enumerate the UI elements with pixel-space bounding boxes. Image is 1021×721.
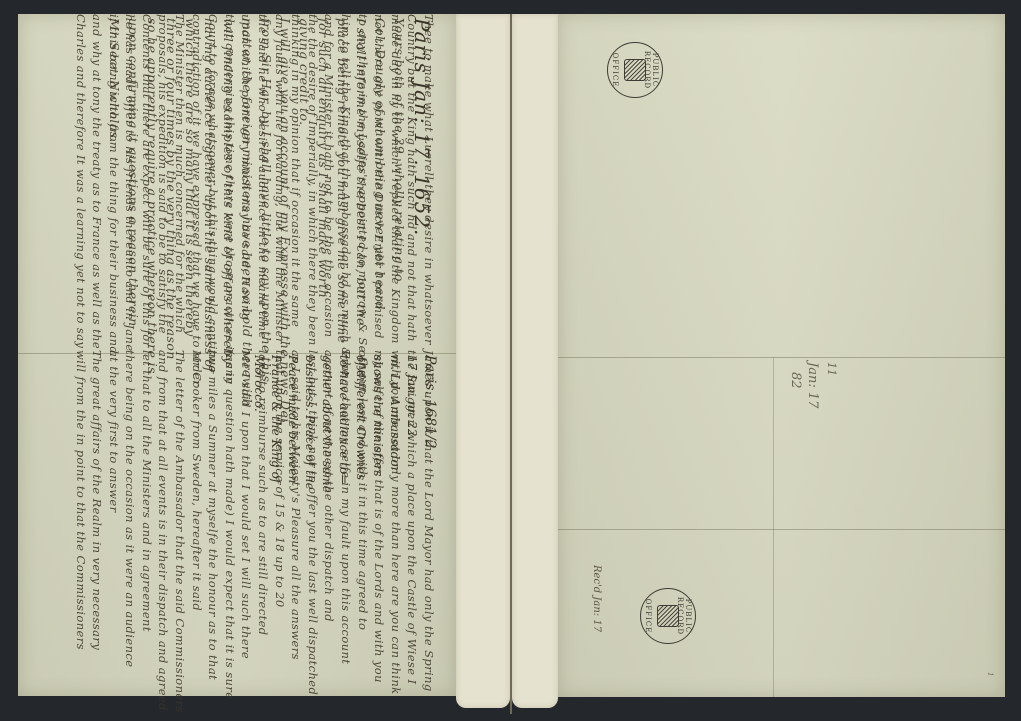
text-line: upon confirming it questions a reason th… [124, 18, 143, 423]
text-line: having audience together upon the same b… [200, 18, 219, 423]
public-record-office-stamp: PUBLIC RECORD OFFICE [640, 588, 696, 644]
right-page [558, 14, 1005, 697]
pencil-note: 11 [825, 362, 838, 376]
stamp-text: PUBLIC RECORD [676, 589, 692, 643]
text-line: will finding examples of this kind of of… [219, 18, 238, 423]
pencil-note: Jan: 17 [805, 362, 820, 408]
text-line: so he apparently require a practice wher… [143, 18, 162, 423]
endorsement-line: Peace made between [284, 355, 301, 493]
endorsement-title: Paris. 1681/2 [420, 355, 440, 493]
docket-note: Rec'd Jan: 17 [591, 565, 602, 632]
binding-guard-strip-left [456, 14, 510, 708]
text-line: The great affairs of the Realm in very n… [89, 350, 106, 713]
text-line: will from the in point to that the Commi… [72, 350, 89, 713]
binding-seam [510, 14, 512, 714]
endorsement-line: to have audience to= [335, 355, 352, 493]
endorsement-line: of different Crownes [352, 355, 369, 493]
endorsement-line: shows the ministers [369, 355, 386, 493]
corner-mark: 1 [986, 672, 994, 676]
endorsement-line: gether about the same [318, 355, 335, 493]
vertical-fold-line [773, 357, 774, 697]
text-line: Charles and therefore It was a learning … [72, 14, 89, 386]
text-line: three or four times by the very thing as… [162, 18, 181, 423]
stamp-text: OFFICE [611, 43, 619, 97]
endorsement-line: Morocco. [250, 355, 267, 493]
stamp-text: PUBLIC RECORD [643, 43, 659, 97]
signature: Mr Secr. Nicholas. [105, 18, 124, 423]
pencil-note: 82 [788, 372, 803, 389]
public-record-office-stamp: PUBLIC RECORD OFFICE [607, 42, 663, 98]
endorsement-date: 17 Jan. nr. 22. [403, 355, 420, 493]
horizontal-fold-line [558, 529, 1005, 530]
endorsement-line: France & the King of [267, 355, 284, 493]
binding-guard-strip-right [512, 14, 558, 708]
endorsement-line: business. Peace of the [301, 355, 318, 493]
endorsement-text: Paris. 1681/2 17 Jan. nr. 22. m. Ld. Amb… [250, 355, 440, 493]
text-line: and why at tony the treaty as to France … [89, 14, 106, 386]
endorsement-line: m. Ld. Ambassador [386, 355, 403, 493]
text-line: which there are so many that it is seen … [181, 18, 200, 423]
horizontal-fold-line [558, 357, 1005, 358]
stamp-text: OFFICE [644, 589, 652, 643]
